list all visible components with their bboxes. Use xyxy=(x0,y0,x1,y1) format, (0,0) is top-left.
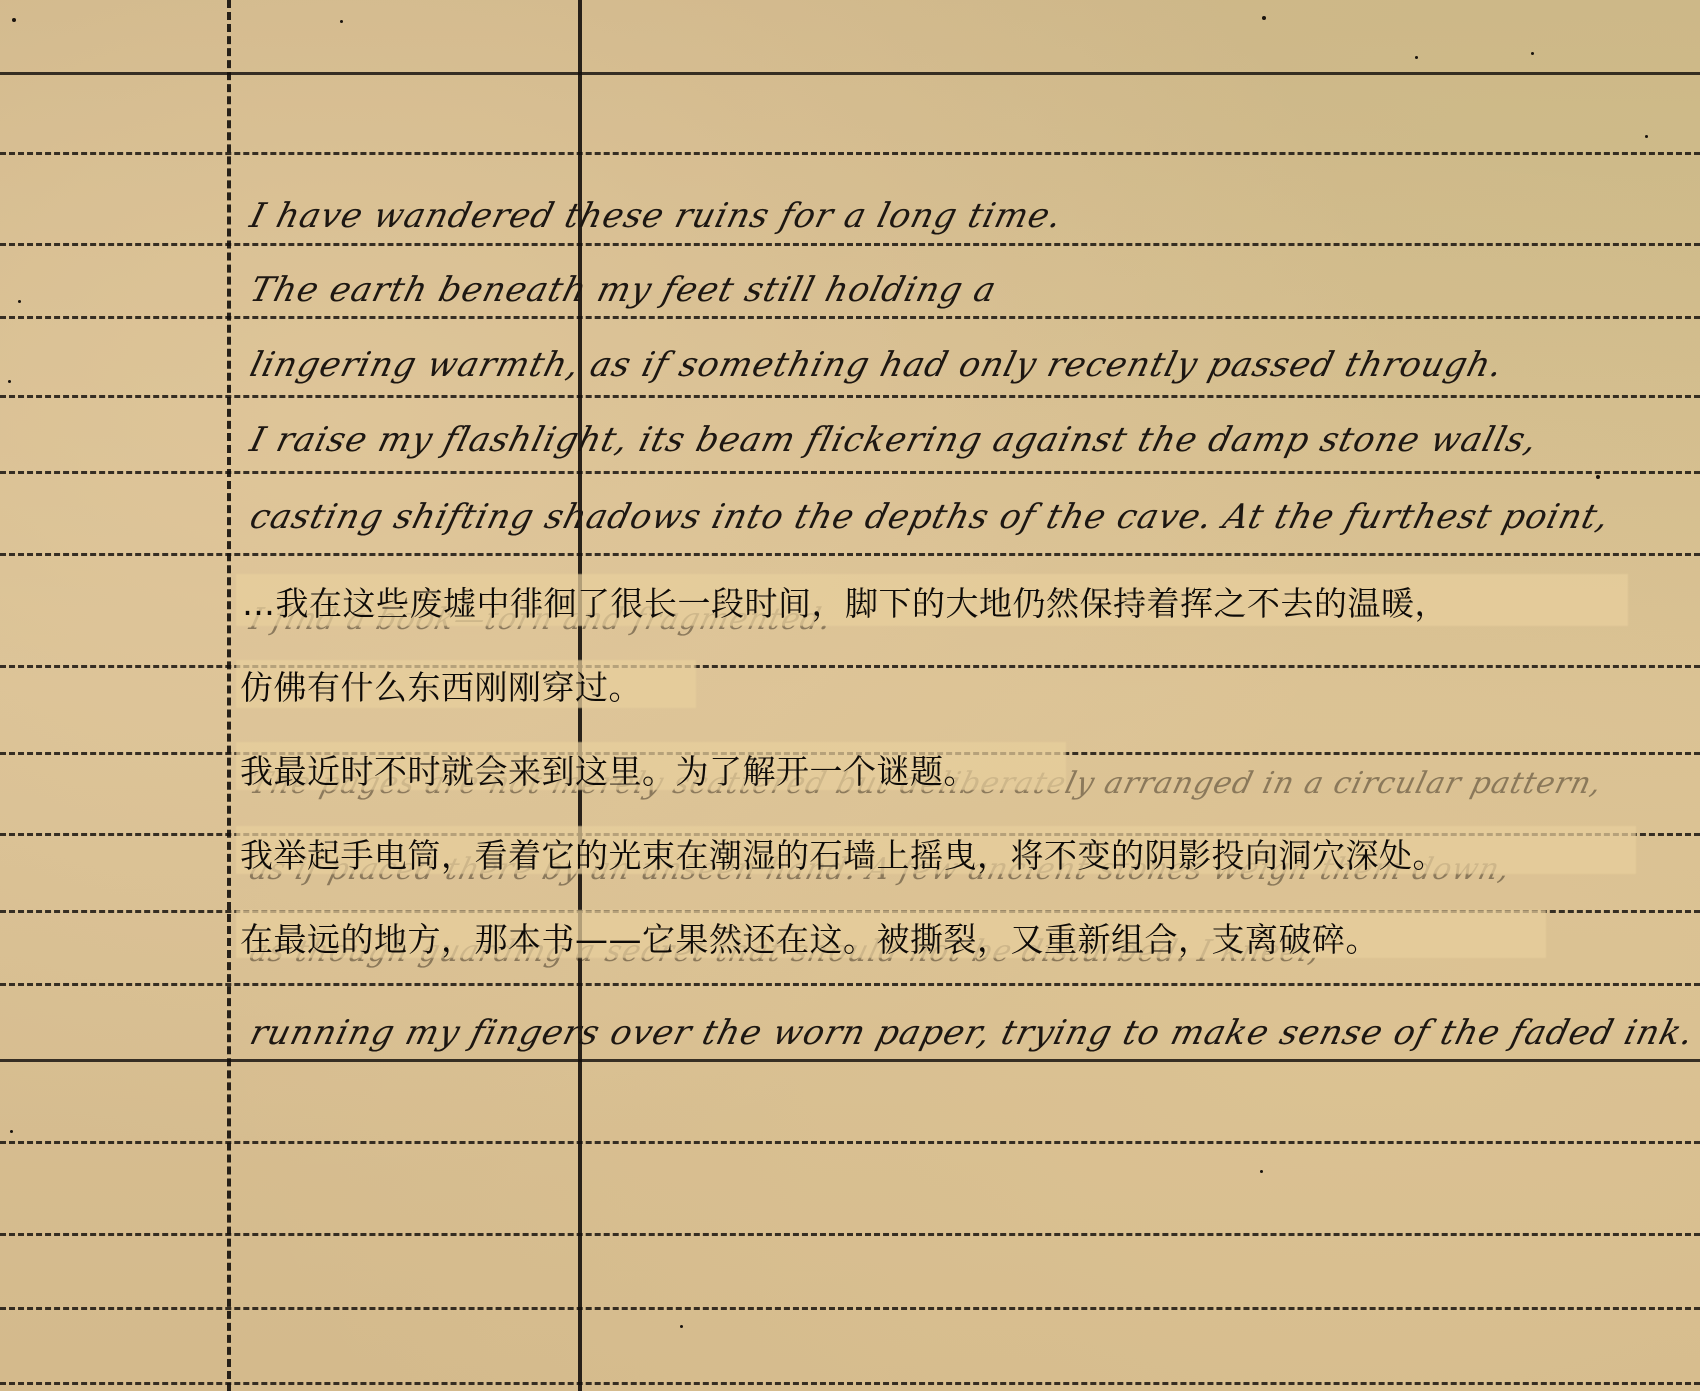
ink-speck xyxy=(18,300,21,303)
ruled-line xyxy=(0,1307,1700,1310)
ink-speck xyxy=(12,18,16,22)
ruled-line xyxy=(0,1059,1700,1062)
translation-line: …我在这些废墟中徘徊了很长一段时间，脚下的大地仍然保持着挥之不去的温暖， xyxy=(242,578,1448,625)
ink-speck xyxy=(680,1325,683,1328)
ruled-line xyxy=(0,471,1700,474)
ruled-line xyxy=(0,983,1700,986)
ruled-line xyxy=(0,553,1700,556)
translation-line: 在最远的地方，那本书——它果然还在这。被撕裂，又重新组合，支离破碎。 xyxy=(240,914,1379,961)
translation-line: 仿佛有什么东西刚刚穿过。 xyxy=(240,662,642,709)
ruled-line xyxy=(0,316,1700,319)
ink-speck xyxy=(340,20,343,23)
ink-speck xyxy=(1260,1170,1263,1173)
ink-speck xyxy=(8,380,11,383)
handwritten-line: I have wandered these ruins for a long t… xyxy=(246,196,1067,236)
handwritten-line: casting shifting shadows into the depths… xyxy=(246,497,1614,537)
handwritten-line: I raise my flashlight, its beam flickeri… xyxy=(246,420,1542,460)
ruled-line xyxy=(0,72,1700,75)
ink-speck xyxy=(1415,56,1418,59)
ink-speck xyxy=(1596,475,1600,479)
ruled-line xyxy=(0,1233,1700,1236)
notebook-page: I have wandered these ruins for a long t… xyxy=(0,0,1700,1391)
margin-line-left xyxy=(227,0,231,1391)
ruled-line xyxy=(0,1141,1700,1144)
ink-speck xyxy=(1262,16,1266,20)
ink-speck xyxy=(10,1130,13,1133)
translation-line: 我举起手电筒，看着它的光束在潮湿的石墙上摇曳，将不变的阴影投向洞穴深处。 xyxy=(240,830,1446,877)
ruled-line xyxy=(0,243,1700,246)
translation-line: 我最近时不时就会来到这里。为了解开一个谜题。 xyxy=(240,746,977,793)
ink-speck xyxy=(1645,135,1648,138)
ruled-line xyxy=(0,152,1700,155)
handwritten-line: lingering warmth, as if something had on… xyxy=(246,345,1507,385)
handwritten-line: running my fingers over the worn paper, … xyxy=(246,1013,1698,1053)
ruled-line xyxy=(0,395,1700,398)
handwritten-line: The earth beneath my feet still holding … xyxy=(246,270,1001,310)
ruled-line xyxy=(0,1382,1700,1385)
ink-speck xyxy=(1531,52,1534,55)
